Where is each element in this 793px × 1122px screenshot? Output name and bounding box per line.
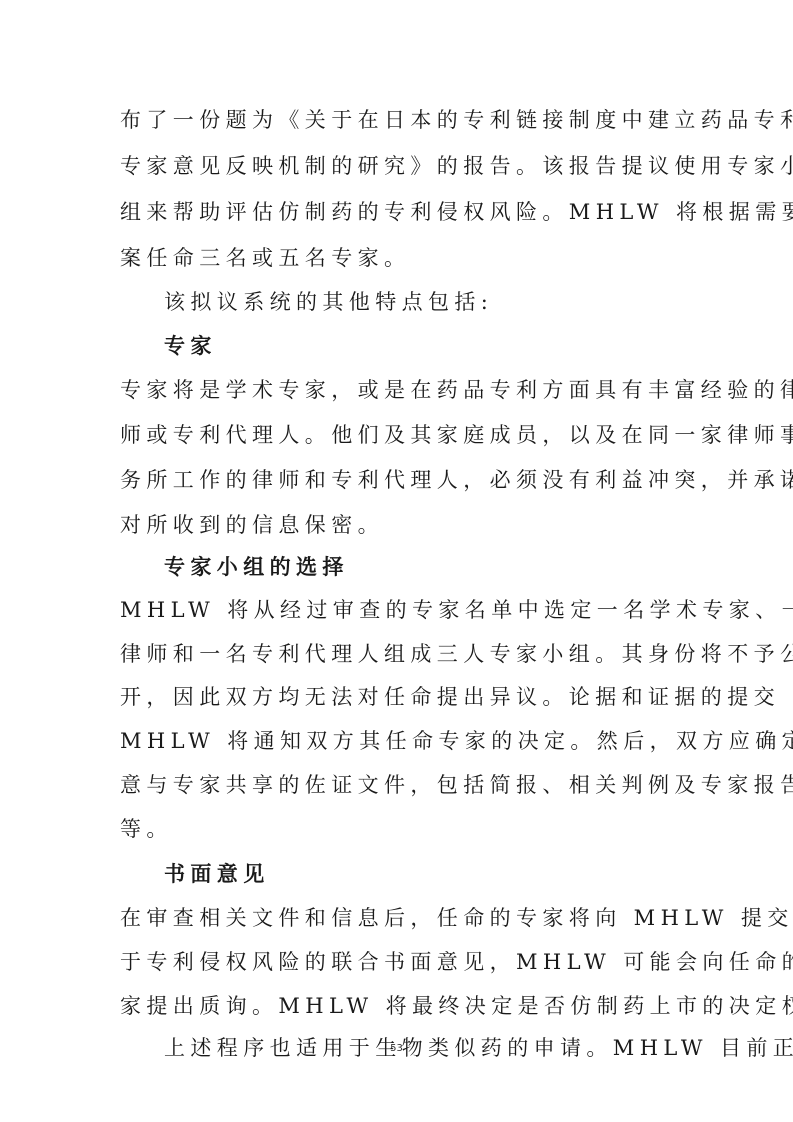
paragraph-line: 律师和一名专利代理人组成三人专家小组。其身份将不予公 <box>120 640 793 668</box>
paragraph-line: 案任命三名或五名专家。 <box>120 244 410 272</box>
paragraph-line: MHLW 将通知双方其任命专家的决定。然后，双方应确定同 <box>120 727 793 755</box>
paragraph-line: 对所收到的信息保密。 <box>120 511 384 539</box>
paragraph-line: 开，因此双方均无法对任命提出异议。论据和证据的提交 <box>120 683 780 711</box>
paragraph-line: 于专利侵权风险的联合书面意见，MHLW 可能会向任命的专 <box>120 948 793 976</box>
paragraph-line: MHLW 将从经过审查的专家名单中选定一名学术专家、一名 <box>120 596 793 624</box>
section-heading-panel-selection: 专家小组的选择 <box>164 553 349 581</box>
page-number: 53 <box>0 1043 793 1054</box>
intro-line: 该拟议系统的其他特点包括: <box>164 288 493 316</box>
section-heading-written-opinion: 书面意见 <box>164 860 270 888</box>
paragraph-line: 在审查相关文件和信息后，任命的专家将向 MHLW 提交关 <box>120 904 793 932</box>
paragraph-line: 专家意见反映机制的研究》的报告。该报告提议使用专家小 <box>120 152 793 180</box>
paragraph-line: 布了一份题为《关于在日本的专利链接制度中建立药品专利 <box>120 106 793 134</box>
paragraph-line: 组来帮助评估仿制药的专利侵权风险。MHLW 将根据需要逐 <box>120 198 793 226</box>
paragraph-line: 等。 <box>120 815 173 843</box>
paragraph-line: 家提出质询。MHLW 将最终决定是否仿制药上市的决定权。 <box>120 992 793 1020</box>
paragraph-line: 意与专家共享的佐证文件，包括简报、相关判例及专家报告 <box>120 771 793 799</box>
paragraph-line: 师或专利代理人。他们及其家庭成员，以及在同一家律师事 <box>120 421 793 449</box>
section-heading-experts: 专家 <box>164 332 217 360</box>
paragraph-line: 务所工作的律师和专利代理人，必须没有利益冲突，并承诺 <box>120 466 793 494</box>
paragraph-line: 专家将是学术专家，或是在药品专利方面具有丰富经验的律 <box>120 376 793 404</box>
